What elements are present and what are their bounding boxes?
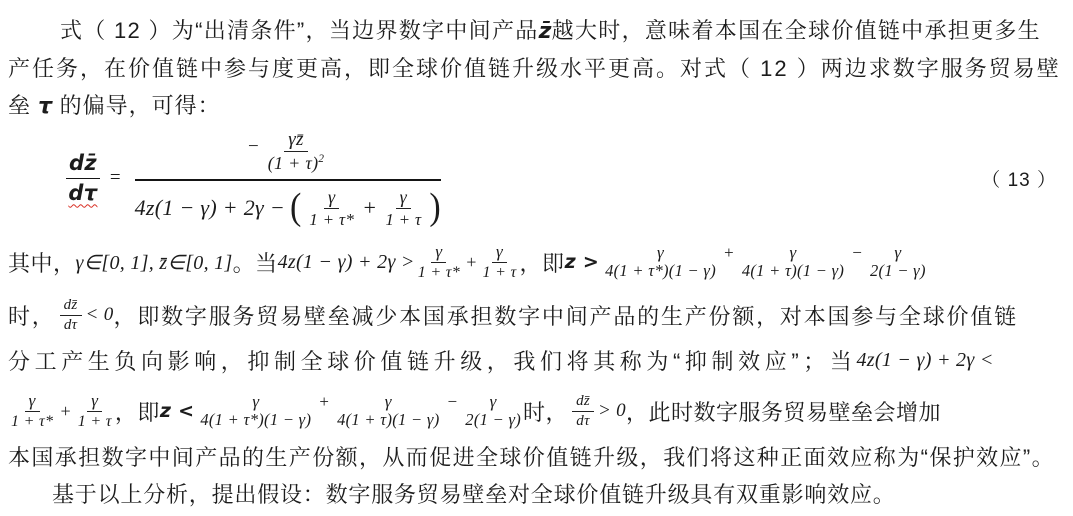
text-run: 越大时，意味着本国在全球价值链中承担更多生 xyxy=(552,18,1041,43)
fraction-denominator: 4(1 + τ*)(1 − γ) xyxy=(605,262,716,279)
fraction-denominator: dτ xyxy=(64,316,77,334)
fraction-denominator: 1 + τ xyxy=(483,263,517,282)
fraction-denominator: 4(1 + τ*)(1 − γ) xyxy=(200,411,311,428)
math-var-zbar: z̄ xyxy=(539,19,552,44)
main-fraction-denominator: 4z(1 − γ) + 2γ − ( γ 1 + τ* + γ 1 + τ ) xyxy=(135,181,441,229)
fraction-denominator: dτ xyxy=(576,412,589,430)
fraction-numerator: γ xyxy=(431,242,446,263)
fraction-denominator: 4(1 + τ)(1 − γ) xyxy=(742,262,844,279)
fraction: γ 1 + τ* xyxy=(418,242,460,282)
fraction-denominator: 1 + τ* xyxy=(418,263,460,282)
result-line-3: 本国承担数字中间产品的生产份额，从而促进全球价值链升级，我们将这种正面效应称为“… xyxy=(8,439,1067,476)
fraction-denominator: 1 + τ* xyxy=(309,209,354,229)
minus-sign: − xyxy=(446,392,458,412)
fraction-numerator: γ xyxy=(25,391,40,412)
fraction-denominator: 2(1 − γ) xyxy=(870,262,926,279)
fraction-denominator: (1 + τ)2 xyxy=(268,152,325,173)
fraction-numerator: γ xyxy=(492,242,507,263)
fraction-numerator: γ xyxy=(396,187,411,209)
math-inequality: > 0 xyxy=(598,400,626,422)
fraction: γ 1 + τ xyxy=(483,242,517,282)
fraction-denominator: 4(1 + τ)(1 − γ) xyxy=(337,411,439,428)
text-run: 式（ 12 ）为“出清条件”，当边界数字中间产品 xyxy=(60,18,539,43)
text-run: ，即 xyxy=(115,396,160,427)
stacked-fraction: γ 4(1 + τ*)(1 − γ) xyxy=(605,244,716,279)
text-run: 分工产生负向影响，抑制全球价值链升级，我们将其称为“抑制效应”；当 xyxy=(8,345,856,376)
text-run: 垒 xyxy=(8,93,38,118)
lhs-derivative-fraction: dz̄ dτ xyxy=(66,151,100,204)
text-run: 基于以上分析，提出假设：数字服务贸易壁垒对全球价值链升级具有双重影响效应。 xyxy=(52,482,896,507)
plus-sign: + xyxy=(362,195,377,221)
equals-sign: = xyxy=(110,167,121,189)
stacked-fraction: γ 4(1 + τ*)(1 − γ) xyxy=(200,393,311,428)
text-run: 时， xyxy=(523,396,568,427)
fraction-numerator: dz̄ xyxy=(572,393,594,412)
denominator-lead-terms: 4z(1 − γ) + 2γ − xyxy=(135,195,285,221)
fraction-numerator: γ xyxy=(87,391,102,412)
text-run: ，此时数字服务贸易壁垒会增加 xyxy=(626,396,941,427)
fraction-numerator: γ xyxy=(490,393,497,411)
math-range: γ∈[0, 1], z̄∈[0, 1] xyxy=(76,250,233,275)
text-run: 时， xyxy=(8,300,56,331)
plus-sign: + xyxy=(59,401,71,422)
fraction-numerator: dz̄ xyxy=(60,297,82,316)
fraction-numerator: γ xyxy=(790,244,797,262)
fraction-numerator: γ xyxy=(657,244,664,262)
fraction-denominator: 1 + τ xyxy=(78,412,112,431)
minus-sign: − xyxy=(851,243,863,263)
main-fraction-numerator: − γz̄ (1 + τ)2 xyxy=(135,127,441,181)
open-paren: ( xyxy=(290,189,301,227)
hypothesis-line: 基于以上分析，提出假设：数字服务贸易壁垒对全球价值链升级具有双重影响效应。 xyxy=(8,476,1067,513)
fraction-numerator: γ xyxy=(385,393,392,411)
text-run: 其中， xyxy=(8,247,76,278)
result-line-2: 分工产生负向影响，抑制全球价值链升级，我们将其称为“抑制效应”；当 4z(1 −… xyxy=(8,337,1067,383)
stacked-fraction: γ 2(1 − γ) xyxy=(465,393,521,428)
denominator-base: (1 + τ) xyxy=(268,153,319,173)
text-run: ，即 xyxy=(520,247,565,278)
fraction-numerator: γz̄ xyxy=(284,129,307,152)
equation-number: （ 13 ） xyxy=(981,165,1057,192)
math-inequality: z > xyxy=(565,251,600,273)
text-run: 产任务，在价值链中参与度更高，即全球价值链升级水平更高。对式（ 12 ）两边求数… xyxy=(8,56,1061,81)
fraction-numerator: γ xyxy=(324,187,339,209)
fraction: γ 1 + τ* xyxy=(11,391,53,431)
paragraph-1-line-3: 垒 τ 的偏导，可得： xyxy=(8,87,1067,125)
result-line-1: 时， dz̄ dτ < 0 ，即数字服务贸易壁垒减少本国承担数字中间产品的生产份… xyxy=(8,293,1067,337)
stacked-fraction: γ 4(1 + τ)(1 − γ) xyxy=(742,244,844,279)
stacked-fraction: γ 4(1 + τ)(1 − γ) xyxy=(337,393,439,428)
text-run: 本国承担数字中间产品的生产份额，从而促进全球价值链升级，我们将这种正面效应称为“… xyxy=(8,445,1055,470)
fraction-denominator-spellchecked: dτ xyxy=(68,179,97,205)
paragraph-1-line-2: 产任务，在价值链中参与度更高，即全球价值链升级水平更高。对式（ 12 ）两边求数… xyxy=(8,50,1067,87)
plus-sign: + xyxy=(465,252,477,273)
minus-sign: − xyxy=(248,136,259,158)
math-inequality: z < xyxy=(160,400,195,422)
derivative-fraction: dz̄ dτ xyxy=(572,393,594,430)
text-run: 的偏导，可得： xyxy=(52,93,220,118)
derivative-fraction: dz̄ dτ xyxy=(60,297,82,334)
fraction-denominator: 2(1 − γ) xyxy=(465,411,521,428)
inner-fraction: γz̄ (1 + τ)2 xyxy=(268,129,325,173)
math-var-tau: τ xyxy=(38,94,52,119)
text-run: 。当 xyxy=(233,247,278,278)
fraction-numerator: γ xyxy=(252,393,259,411)
stacked-fraction: γ 2(1 − γ) xyxy=(870,244,926,279)
close-paren: ) xyxy=(429,189,440,227)
condition-line-2: γ 1 + τ* + γ 1 + τ ，即 z < γ 4(1 + τ*)(1 … xyxy=(8,383,1067,439)
equation-13: dz̄ dτ = − γz̄ (1 + τ)2 4z(1 − γ) + 2γ −… xyxy=(8,125,1067,231)
fraction-denominator: 1 + τ xyxy=(385,209,421,229)
math-condition: 4z(1 − γ) + 2γ > xyxy=(278,251,415,274)
inner-fraction: γ 1 + τ xyxy=(385,187,421,229)
document-page: 式（ 12 ）为“出清条件”，当边界数字中间产品z̄越大时，意味着本国在全球价值… xyxy=(0,0,1073,516)
text-run: ，即数字服务贸易壁垒减少本国承担数字中间产品的生产份额，对本国参与全球价值链 xyxy=(114,300,1018,331)
main-fraction: − γz̄ (1 + τ)2 4z(1 − γ) + 2γ − ( γ 1 + … xyxy=(135,127,441,230)
exponent: 2 xyxy=(318,153,324,165)
math-inequality: < 0 xyxy=(86,304,114,326)
paragraph-1-line-1: 式（ 12 ）为“出清条件”，当边界数字中间产品z̄越大时，意味着本国在全球价值… xyxy=(8,12,1067,50)
plus-sign: + xyxy=(723,243,735,263)
fraction-numerator: dz̄ xyxy=(66,151,100,178)
math-condition: 4z(1 − γ) + 2γ < xyxy=(856,349,993,372)
fraction: γ 1 + τ xyxy=(78,391,112,431)
inner-fraction: γ 1 + τ* xyxy=(309,187,354,229)
fraction-denominator: 1 + τ* xyxy=(11,412,53,431)
plus-sign: + xyxy=(318,392,330,412)
condition-line-1: 其中， γ∈[0, 1], z̄∈[0, 1] 。当 4z(1 − γ) + 2… xyxy=(8,231,1067,293)
fraction-numerator: γ xyxy=(894,244,901,262)
